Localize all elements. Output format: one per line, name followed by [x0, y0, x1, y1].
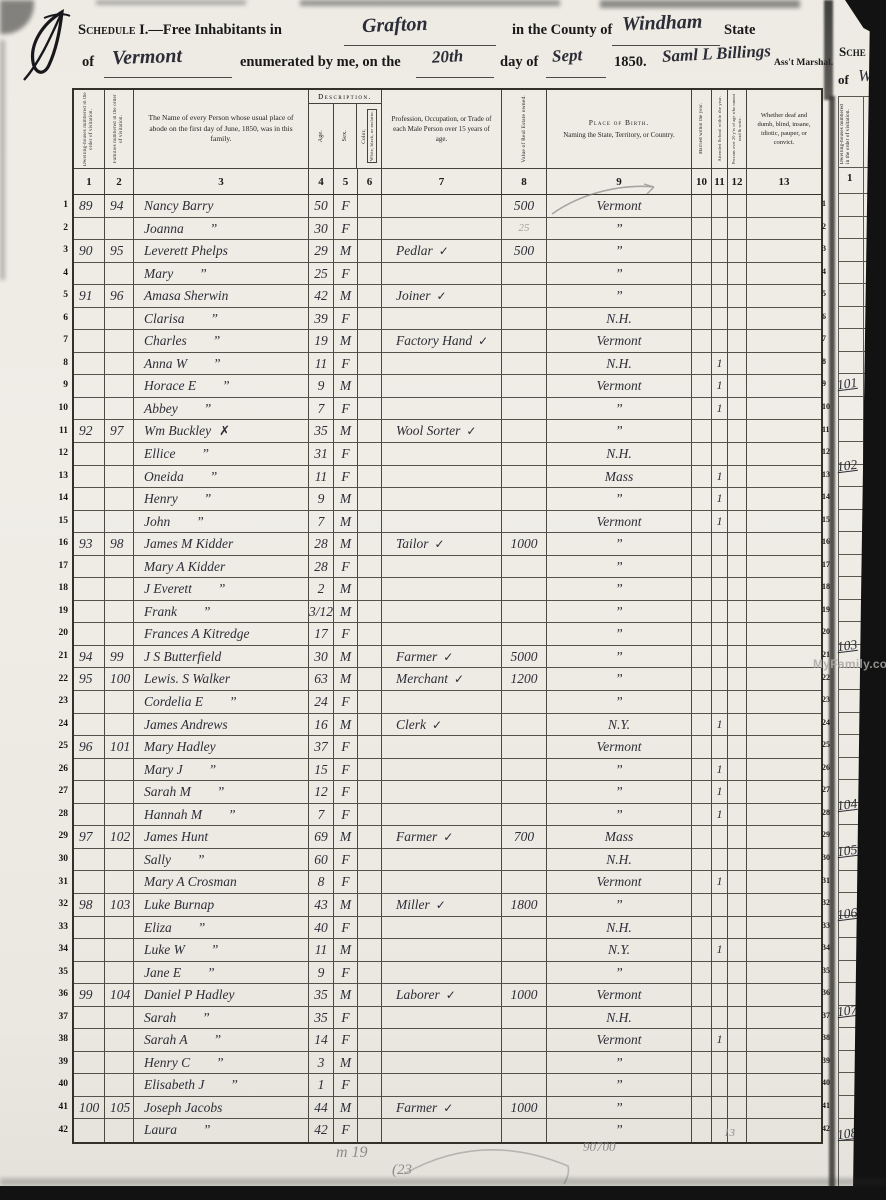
- page-edge-black: [850, 24, 886, 1200]
- cell-age: 14: [309, 1029, 334, 1052]
- person-name: John: [144, 514, 170, 529]
- cell-remarks: [747, 578, 821, 601]
- cell-remarks: [747, 623, 821, 646]
- cell-real-estate-value: [502, 488, 547, 511]
- cell-birthplace: N.H.: [547, 1007, 692, 1030]
- cell-dwelling: [74, 330, 105, 353]
- cell-married: [692, 668, 712, 691]
- cell-real-estate-value: [502, 556, 547, 579]
- side-dwelling-number: 106: [836, 905, 858, 923]
- cell-real-estate-value: [502, 263, 547, 286]
- cell-attended-school: [712, 1097, 728, 1120]
- header-dwelling-text: Dwelling-houses numbered in the order of…: [83, 92, 95, 166]
- cell-occupation: Farmer✓: [382, 1097, 502, 1120]
- margin-line-number: 17: [46, 554, 68, 577]
- cell-birthplace: ”: [547, 578, 692, 601]
- cell-sex: M: [334, 939, 358, 962]
- cell-remarks: [747, 826, 821, 849]
- cell-remarks: [747, 308, 821, 331]
- town-entry: Grafton: [362, 13, 428, 38]
- cell-attended-school: 1: [712, 375, 728, 398]
- cell-remarks: [747, 240, 821, 263]
- cell-age: 2: [309, 578, 334, 601]
- cell-occupation: [382, 1052, 502, 1075]
- cell-attended-school: 1: [712, 511, 728, 534]
- cell-occupation: [382, 736, 502, 759]
- cell-dwelling: 94: [74, 646, 105, 669]
- scan-smudge: [0, 40, 5, 280]
- cell-birthplace: Vermont: [547, 984, 692, 1007]
- header-school: Attended School within the year.: [712, 90, 728, 168]
- name-ditto-mark: ”: [216, 1055, 224, 1070]
- cell-attended-school: 1: [712, 871, 728, 894]
- occupation-text: Factory Hand: [396, 333, 472, 348]
- occupation-check-mark: ✓: [443, 650, 453, 664]
- cell-dwelling: 97: [74, 826, 105, 849]
- cell-married: [692, 578, 712, 601]
- cell-sex: F: [334, 804, 358, 827]
- cell-occupation: [382, 1119, 502, 1142]
- margin-line-number: 15: [46, 509, 68, 532]
- side-line-number: 17: [822, 560, 832, 569]
- cell-age: 50: [309, 195, 334, 218]
- side-line-number: 29: [822, 830, 832, 839]
- cell-real-estate-value: [502, 781, 547, 804]
- scan-smudge: [300, 0, 560, 6]
- occupation-text: Farmer: [396, 649, 437, 664]
- margin-line-number: 36: [46, 982, 68, 1005]
- person-name: Frank: [144, 604, 177, 619]
- column-number: 2: [105, 169, 134, 194]
- cell-attended-school: [712, 240, 728, 263]
- side-line-number: 40: [822, 1078, 832, 1087]
- cell-attended-school: [712, 601, 728, 624]
- side-line-number: 39: [822, 1056, 832, 1065]
- cell-attended-school: [712, 285, 728, 308]
- cell-sex: F: [334, 1029, 358, 1052]
- cell-family: 102: [105, 826, 134, 849]
- cell-dwelling: [74, 578, 105, 601]
- cell-name: Mary J”: [134, 759, 309, 782]
- census-scan-page: Schedule I.—Free Inhabitants in Grafton …: [0, 0, 886, 1200]
- cell-age: 37: [309, 736, 334, 759]
- cell-name: James Andrews: [134, 714, 309, 737]
- cell-remarks: [747, 849, 821, 872]
- side-line-number: 24: [822, 718, 832, 727]
- occupation-check-mark: ✓: [446, 988, 456, 1002]
- cell-occupation: [382, 1029, 502, 1052]
- cell-family: [105, 1007, 134, 1030]
- cell-dwelling: [74, 691, 105, 714]
- cell-cannot-read: [728, 736, 747, 759]
- cell-occupation: Factory Hand✓: [382, 330, 502, 353]
- cell-color: [358, 353, 382, 376]
- occupation-text: Wool Sorter: [396, 423, 460, 438]
- cell-attended-school: [712, 330, 728, 353]
- cell-age: 11: [309, 353, 334, 376]
- cell-name: Nancy Barry: [134, 195, 309, 218]
- person-name: James Andrews: [144, 717, 228, 732]
- person-name: Elisabeth J: [144, 1077, 204, 1092]
- margin-line-number: 7: [46, 328, 68, 351]
- person-name: Abbey: [144, 401, 178, 416]
- cell-color: [358, 1074, 382, 1097]
- cell-color: [358, 488, 382, 511]
- name-ditto-mark: ”: [210, 221, 218, 236]
- header-families: Families numbered in the order of visita…: [105, 90, 134, 168]
- person-name: Hannah M: [144, 807, 202, 822]
- cell-cannot-read: [728, 917, 747, 940]
- cell-occupation: [382, 511, 502, 534]
- cell-birthplace: N.H.: [547, 308, 692, 331]
- cell-real-estate-value: [502, 330, 547, 353]
- cell-married: [692, 263, 712, 286]
- cell-cannot-read: [728, 466, 747, 489]
- cell-cannot-read: [728, 1097, 747, 1120]
- cell-sex: M: [334, 601, 358, 624]
- cell-family: [105, 804, 134, 827]
- cell-occupation: [382, 962, 502, 985]
- cell-birthplace: ”: [547, 285, 692, 308]
- column-number: 4: [309, 169, 334, 194]
- cell-family: [105, 871, 134, 894]
- cell-name: Hannah M”: [134, 804, 309, 827]
- occupation-check-mark: ✓: [443, 830, 453, 844]
- cell-name: Daniel P Hadley: [134, 984, 309, 1007]
- cell-attended-school: [712, 646, 728, 669]
- cell-birthplace: ”: [547, 962, 692, 985]
- cell-name: Charles”: [134, 330, 309, 353]
- cell-sex: M: [334, 984, 358, 1007]
- person-name: Eliza: [144, 920, 172, 935]
- cell-dwelling: [74, 466, 105, 489]
- cell-color: [358, 285, 382, 308]
- cell-sex: M: [334, 330, 358, 353]
- cell-age: 35: [309, 984, 334, 1007]
- person-name: Nancy Barry: [144, 198, 213, 213]
- cell-attended-school: [712, 1007, 728, 1030]
- cell-real-estate-value: [502, 420, 547, 443]
- day-entry: 20th: [431, 46, 463, 68]
- cell-married: [692, 375, 712, 398]
- header-sex: Sex.: [334, 104, 358, 168]
- cell-attended-school: 1: [712, 1029, 728, 1052]
- cell-real-estate-value: 700: [502, 826, 547, 849]
- margin-line-number: 41: [46, 1095, 68, 1118]
- cell-sex: F: [334, 962, 358, 985]
- cell-real-estate-value: [502, 804, 547, 827]
- cell-age: 7: [309, 511, 334, 534]
- cell-cannot-read: [728, 240, 747, 263]
- cell-color: [358, 849, 382, 872]
- cell-name: Mary Hadley: [134, 736, 309, 759]
- cell-occupation: [382, 263, 502, 286]
- cell-attended-school: [712, 691, 728, 714]
- margin-line-number: 27: [46, 779, 68, 802]
- cell-married: [692, 556, 712, 579]
- cell-birthplace: Mass: [547, 466, 692, 489]
- cell-real-estate-value: 25: [502, 218, 547, 241]
- occupation-text: Laborer: [396, 987, 440, 1002]
- cell-cannot-read: [728, 668, 747, 691]
- cell-color: [358, 375, 382, 398]
- cell-occupation: Merchant✓: [382, 668, 502, 691]
- cell-birthplace: Vermont: [547, 736, 692, 759]
- cell-cannot-read: [728, 556, 747, 579]
- cell-name: Amasa Sherwin: [134, 285, 309, 308]
- cell-remarks: [747, 1029, 821, 1052]
- name-ditto-mark: ”: [201, 446, 209, 461]
- cell-age: 63: [309, 668, 334, 691]
- cell-family: [105, 1029, 134, 1052]
- side-line-number: 4: [822, 267, 832, 276]
- cell-age: 60: [309, 849, 334, 872]
- cell-color: [358, 1007, 382, 1030]
- cell-attended-school: [712, 1074, 728, 1097]
- cell-married: [692, 917, 712, 940]
- cell-cannot-read: [728, 1007, 747, 1030]
- cell-sex: F: [334, 398, 358, 421]
- person-name: Lewis. S Walker: [144, 671, 230, 686]
- cell-occupation: [382, 308, 502, 331]
- cell-dwelling: [74, 917, 105, 940]
- cell-name: Mary A Kidder: [134, 556, 309, 579]
- cell-occupation: [382, 1007, 502, 1030]
- person-name: Mary A Kidder: [144, 559, 225, 574]
- cell-family: [105, 375, 134, 398]
- cell-sex: M: [334, 646, 358, 669]
- person-name: Mary A Crosman: [144, 874, 237, 889]
- side-line-number: 31: [822, 876, 832, 885]
- cell-dwelling: [74, 714, 105, 737]
- cell-birthplace: ”: [547, 601, 692, 624]
- cell-dwelling: [74, 1029, 105, 1052]
- cell-age: 15: [309, 759, 334, 782]
- side-dwelling-number: 101: [836, 375, 858, 393]
- side-line-number: 16: [822, 537, 832, 546]
- cell-married: [692, 984, 712, 1007]
- cell-real-estate-value: [502, 578, 547, 601]
- cell-sex: F: [334, 623, 358, 646]
- cell-color: [358, 511, 382, 534]
- cell-sex: F: [334, 691, 358, 714]
- occupation-check-mark: ✓: [432, 718, 442, 732]
- cell-occupation: Joiner✓: [382, 285, 502, 308]
- cell-real-estate-value: [502, 375, 547, 398]
- cell-cannot-read: [728, 1074, 747, 1097]
- cell-color: [358, 871, 382, 894]
- occupation-text: Pedlar: [396, 243, 433, 258]
- side-line-number: 30: [822, 853, 832, 862]
- cell-color: [358, 1052, 382, 1075]
- header-color: Color, White, black, or mulatto.: [357, 104, 381, 168]
- cell-sex: F: [334, 781, 358, 804]
- cell-married: [692, 849, 712, 872]
- cell-real-estate-value: 1000: [502, 1097, 547, 1120]
- cell-real-estate-value: [502, 1119, 547, 1142]
- cell-attended-school: [712, 308, 728, 331]
- side-line-number: 14: [822, 492, 832, 501]
- cell-married: [692, 330, 712, 353]
- cell-married: [692, 691, 712, 714]
- name-ditto-mark: ”: [213, 356, 221, 371]
- name-ditto-mark: ”: [209, 762, 217, 777]
- name-ditto-mark: ”: [211, 942, 219, 957]
- cell-married: [692, 195, 712, 218]
- header-families-text: Families numbered in the order of visita…: [113, 92, 125, 166]
- cell-birthplace: Vermont: [547, 511, 692, 534]
- cell-occupation: [382, 443, 502, 466]
- cell-family: 95: [105, 240, 134, 263]
- cell-married: [692, 826, 712, 849]
- cell-birthplace: ”: [547, 488, 692, 511]
- cell-dwelling: 100: [74, 1097, 105, 1120]
- margin-line-number: 21: [46, 644, 68, 667]
- cell-remarks: [747, 420, 821, 443]
- header-school-text: Attended School within the year.: [717, 96, 723, 162]
- occupation-check-mark: ✓: [454, 672, 464, 686]
- cell-age: 29: [309, 240, 334, 263]
- cell-sex: F: [334, 849, 358, 872]
- enumerated-label: enumerated by me, on the: [240, 54, 401, 71]
- name-ditto-mark: ”: [199, 266, 207, 281]
- cell-real-estate-value: [502, 1074, 547, 1097]
- side-dwelling-number: 107: [836, 1002, 858, 1020]
- cell-birthplace: ”: [547, 1119, 692, 1142]
- cell-color: [358, 578, 382, 601]
- cell-birthplace: ”: [547, 691, 692, 714]
- column-number: 6: [358, 169, 382, 194]
- cell-attended-school: [712, 917, 728, 940]
- occupation-text: Farmer: [396, 1100, 437, 1115]
- cell-age: 31: [309, 443, 334, 466]
- person-name: Sarah A: [144, 1032, 188, 1047]
- cell-birthplace: ”: [547, 646, 692, 669]
- cell-attended-school: [712, 263, 728, 286]
- cell-married: [692, 736, 712, 759]
- header-color-subtext: White, black, or mulatto.: [367, 109, 377, 163]
- header-name: The Name of every Person whose usual pla…: [134, 90, 309, 168]
- header-description-label: Description.: [309, 90, 381, 104]
- cell-remarks: [747, 195, 821, 218]
- occupation-text: Farmer: [396, 829, 437, 844]
- cell-cannot-read: [728, 398, 747, 421]
- person-name: J Everett: [144, 581, 192, 596]
- cell-name: Anna W”: [134, 353, 309, 376]
- cell-color: [358, 263, 382, 286]
- cell-remarks: [747, 488, 821, 511]
- cell-dwelling: [74, 511, 105, 534]
- side-line-number: 8: [822, 357, 832, 366]
- cell-color: [358, 646, 382, 669]
- cell-birthplace: N.H.: [547, 849, 692, 872]
- cell-real-estate-value: [502, 623, 547, 646]
- cell-cannot-read: [728, 285, 747, 308]
- cell-real-estate-value: [502, 466, 547, 489]
- cell-family: [105, 1119, 134, 1142]
- margin-line-number: 30: [46, 847, 68, 870]
- cell-remarks: [747, 871, 821, 894]
- cell-age: 28: [309, 533, 334, 556]
- occupation-text: Miller: [396, 897, 430, 912]
- cell-age: 30: [309, 646, 334, 669]
- cell-attended-school: [712, 578, 728, 601]
- month-entry: Sept: [551, 45, 582, 67]
- cell-color: [358, 668, 382, 691]
- margin-line-number: 11: [46, 419, 68, 442]
- margin-line-number: 29: [46, 824, 68, 847]
- cell-name: Frances A Kitredge: [134, 623, 309, 646]
- cell-name: Jane E”: [134, 962, 309, 985]
- cell-real-estate-value: [502, 601, 547, 624]
- cell-age: 11: [309, 466, 334, 489]
- state-entry: Vermont: [112, 45, 183, 70]
- cell-dwelling: 95: [74, 668, 105, 691]
- cell-family: [105, 917, 134, 940]
- cell-name: Oneida”: [134, 466, 309, 489]
- cell-age: 3: [309, 1052, 334, 1075]
- side-line-number: 35: [822, 966, 832, 975]
- cell-remarks: [747, 375, 821, 398]
- cell-color: [358, 443, 382, 466]
- cell-name: Henry”: [134, 488, 309, 511]
- cell-sex: F: [334, 195, 358, 218]
- cell-real-estate-value: [502, 1029, 547, 1052]
- person-name: Clarisa: [144, 311, 185, 326]
- margin-line-number: 4: [46, 261, 68, 284]
- cell-sex: M: [334, 285, 358, 308]
- cell-name: Elisabeth J”: [134, 1074, 309, 1097]
- cell-cannot-read: [728, 871, 747, 894]
- month-underline: [546, 76, 606, 78]
- cell-cannot-read: [728, 353, 747, 376]
- side-line-number: 36: [822, 988, 832, 997]
- cell-family: 96: [105, 285, 134, 308]
- cell-age: 40: [309, 917, 334, 940]
- cell-age: 44: [309, 1097, 334, 1120]
- cell-remarks: [747, 443, 821, 466]
- cell-cannot-read: [728, 781, 747, 804]
- cell-birthplace: ”: [547, 533, 692, 556]
- cell-cannot-read: [728, 375, 747, 398]
- cell-birthplace: ”: [547, 240, 692, 263]
- cell-dwelling: 89: [74, 195, 105, 218]
- cell-married: [692, 714, 712, 737]
- cell-color: [358, 420, 382, 443]
- cell-cannot-read: [728, 962, 747, 985]
- side-line-number: 25: [822, 740, 832, 749]
- occupation-check-mark: ✓: [466, 424, 476, 438]
- cell-birthplace: ”: [547, 623, 692, 646]
- cell-remarks: [747, 263, 821, 286]
- cell-family: [105, 601, 134, 624]
- cell-real-estate-value: 500: [502, 240, 547, 263]
- cell-attended-school: 1: [712, 466, 728, 489]
- cell-real-estate-value: [502, 353, 547, 376]
- cell-married: [692, 1074, 712, 1097]
- cell-family: [105, 330, 134, 353]
- cell-married: [692, 781, 712, 804]
- cell-birthplace: ”: [547, 1074, 692, 1097]
- cell-remarks: [747, 917, 821, 940]
- margin-line-number: 22: [46, 667, 68, 690]
- cell-attended-school: [712, 623, 728, 646]
- margin-line-number: 8: [46, 351, 68, 374]
- cell-name: Ellice”: [134, 443, 309, 466]
- name-ditto-mark: ”: [222, 378, 230, 393]
- cell-sex: F: [334, 218, 358, 241]
- cell-dwelling: 92: [74, 420, 105, 443]
